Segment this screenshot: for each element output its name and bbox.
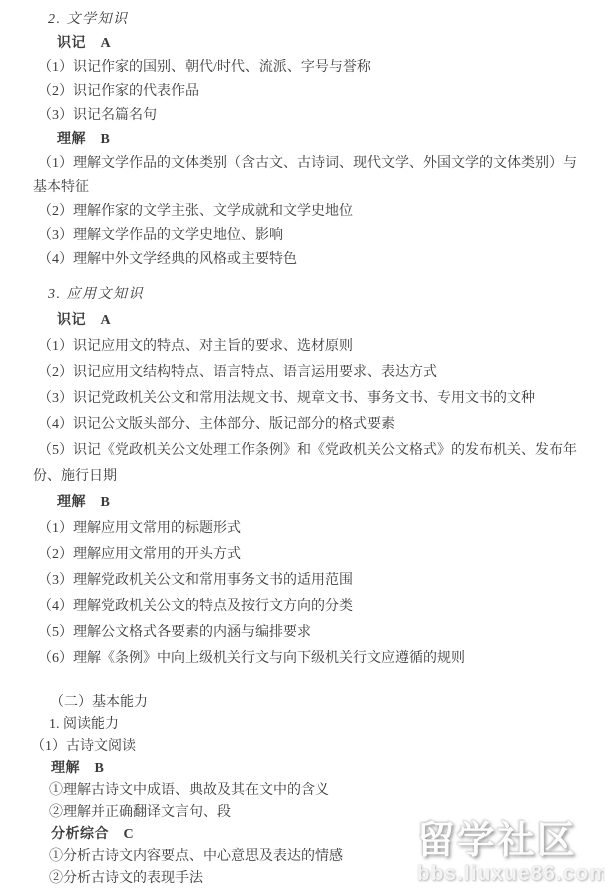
outline-item: （2）理解作家的文学主张、文学成就和文学史地位 [33,200,587,224]
reading-item: ②理解并正确翻译文言句、段 [33,802,587,824]
document-page: 2. 文学知识识记 A（1）识记作家的国别、朝代/时代、流派、字号与誉称（2）识… [0,0,605,892]
outline-item: （2）识记应用文结构特点、语言特点、语言运用要求、表达方式 [33,360,587,386]
section-title: 2. 文学知识 [33,8,587,32]
outline-item: （3）理解党政机关公文和常用事务文书的适用范围 [33,568,587,594]
section-title: 3. 应用文知识 [33,282,587,308]
reading-item: ①理解古诗文中成语、典故及其在文中的含义 [33,780,587,802]
outline-item: （3）理解文学作品的文学史地位、影响 [33,224,587,248]
reading-item: ②分析古诗文的表现手法 [33,868,587,890]
outline-item: （2）理解应用文常用的开头方式 [33,542,587,568]
competency-level-heading: 理解 B [33,490,587,516]
outline-item: （3）识记党政机关公文和常用法规文书、规章文书、事务文书、专用文书的文种 [33,386,587,412]
outline-item: （1）理解文学作品的文体类别（含古文、古诗词、现代文学、外国文学的文体类别）与基… [33,152,587,200]
outline-item: （1）识记应用文的特点、对主旨的要求、选材原则 [33,334,587,360]
reading-item: ①分析古诗文内容要点、中心意思及表达的情感 [33,846,587,868]
outline-item: （4）识记公文版头部分、主体部分、版记部分的格式要素 [33,412,587,438]
competency-level-heading: 识记 A [33,32,587,56]
competency-level-heading: 理解 B [33,758,587,780]
competency-level-heading: 理解 B [33,128,587,152]
outline-item: （2）识记作家的代表作品 [33,80,587,104]
subsection-title: （二）基本能力 [33,692,587,714]
outline-item: （6）理解《条例》中向上级机关行文与向下级机关行文应遵循的规则 [33,646,587,672]
outline-item: （1）识记作家的国别、朝代/时代、流派、字号与誉称 [33,56,587,80]
outline-item: （5）理解公文格式各要素的内涵与编排要求 [33,620,587,646]
list-number-title: 1. 阅读能力 [33,714,587,736]
outline-item: （4）理解中外文学经典的风格或主要特色 [33,248,587,272]
outline-item: （1）理解应用文常用的标题形式 [33,516,587,542]
outline-item: （5）识记《党政机关公文处理工作条例》和《党政机关公文格式》的发布机关、发布年份… [33,438,587,490]
outline-item: （3）识记名篇名句 [33,104,587,128]
competency-level-heading: 识记 A [33,308,587,334]
outline-item: （4）理解党政机关公文的特点及按行文方向的分类 [33,594,587,620]
document-body: 2. 文学知识识记 A（1）识记作家的国别、朝代/时代、流派、字号与誉称（2）识… [33,8,587,890]
competency-level-heading: 分析综合 C [33,824,587,846]
reading-topic: （1）古诗文阅读 [33,736,587,758]
